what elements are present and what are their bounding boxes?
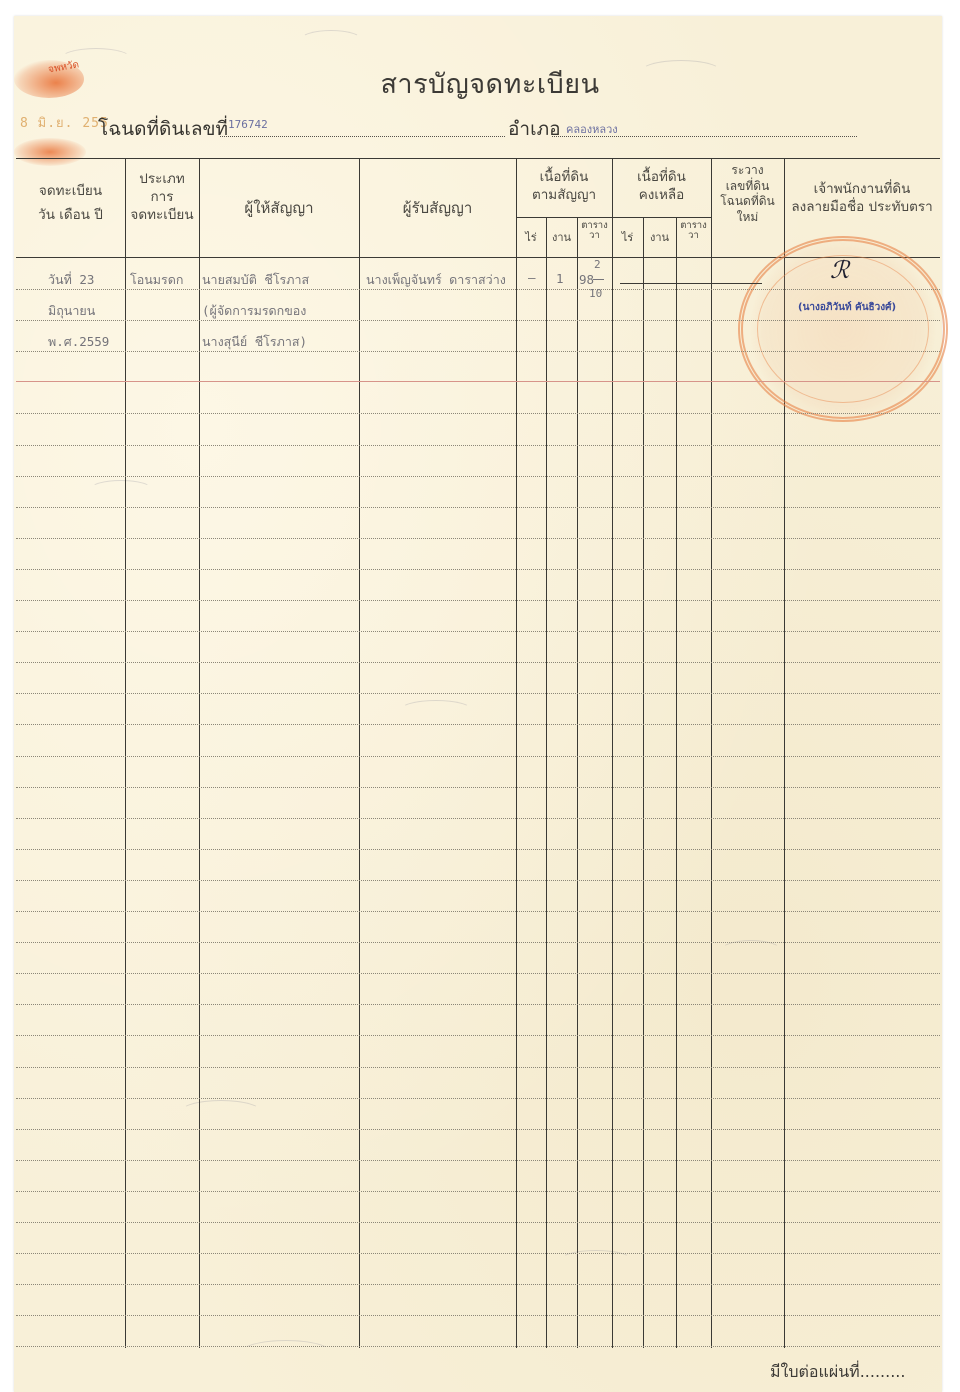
row-line <box>16 1346 940 1347</box>
entry-type: โอนมรดก <box>130 270 183 290</box>
col-divider <box>711 158 712 1348</box>
col-divider <box>125 158 126 1348</box>
stamp-mark-bottom <box>14 138 86 166</box>
row-line <box>16 693 940 694</box>
header-ngan-remaining: งาน <box>643 232 676 244</box>
header-type-line2: การ <box>125 188 199 206</box>
col-divider <box>612 158 613 1348</box>
paper-fiber <box>90 480 152 498</box>
header-sq-wa-remaining: ตาราง วา <box>676 221 711 242</box>
officer-name: (นางอภิวันท์ คันธิวงศ์) <box>798 300 896 315</box>
row-line <box>16 413 940 414</box>
header-area-contract-line1: เนื้อที่ดิน <box>516 168 612 186</box>
district-label: อำเภอ <box>508 114 561 144</box>
col-divider <box>643 217 644 1348</box>
header-area-remaining-line2: คงเหลือ <box>612 186 711 204</box>
row-line <box>16 1067 940 1068</box>
row-line <box>16 631 940 632</box>
header-area-remaining: เนื้อที่ดิน คงเหลือ <box>612 168 711 204</box>
deed-number-label: โฉนดที่ดินเลขที่ <box>98 114 228 144</box>
entry-ngan: 1 <box>556 271 564 286</box>
header-new-deed-line4: ใหม่ <box>711 210 784 226</box>
paper-fiber <box>400 700 472 720</box>
row-line <box>16 1253 940 1254</box>
header-date-line2: วัน เดือน ปี <box>16 206 125 224</box>
entry-separator-red-line <box>16 381 940 382</box>
header-grantee: ผู้รับสัญญา <box>359 198 516 218</box>
header-sq-wa: ตาราง วา <box>577 221 612 242</box>
row-line <box>16 569 940 570</box>
entry-grantor-line3: นางสุนีย์ ชีโรภาส) <box>202 332 307 352</box>
deed-number-dotted-line <box>220 136 505 137</box>
row-line <box>16 1222 940 1223</box>
paper-fiber <box>240 1340 332 1366</box>
header-rai-remaining: ไร่ <box>612 232 643 244</box>
col-divider <box>359 158 360 1348</box>
header-area-remaining-line1: เนื้อที่ดิน <box>612 168 711 186</box>
entry-sq-wa-frac-num: 2 <box>594 258 601 271</box>
row-line <box>16 1098 940 1099</box>
entry-grantor-line1: นายสมบัติ ชีโรภาส <box>202 270 309 290</box>
paper-fiber <box>300 30 362 50</box>
row-line <box>16 818 940 819</box>
row-line <box>16 1191 940 1192</box>
header-type: ประเภท การ จดทะเบียน <box>125 170 199 225</box>
table-top-border <box>16 158 940 159</box>
fraction-bar <box>593 279 604 280</box>
row-line <box>16 507 940 508</box>
col-divider <box>546 217 547 1348</box>
stamp-date: 8 มิ.ย. 255 <box>20 112 109 133</box>
row-line <box>16 445 940 446</box>
continuation-sheet-label: มีใบต่อแผ่นที่......... <box>770 1360 905 1385</box>
entry-date-year: พ.ศ.2559 <box>48 332 109 352</box>
header-type-line3: จดทะเบียน <box>125 206 199 224</box>
entry-rai: – <box>528 270 536 285</box>
header-officer: เจ้าพนักงานที่ดิน ลงลายมือชื่อ ประทับตรา <box>784 180 940 216</box>
col-divider <box>577 217 578 1348</box>
header-new-deed-line1: ระวาง <box>711 163 784 179</box>
entry-sq-wa-frac-den: 10 <box>589 287 602 300</box>
row-line <box>16 756 940 757</box>
header-type-line1: ประเภท <box>125 170 199 188</box>
row-line <box>16 476 940 477</box>
row-line <box>16 600 940 601</box>
entry-grantor-line2: (ผู้จัดการมรดกของ <box>202 301 306 321</box>
row-line <box>16 320 940 321</box>
deed-number-value: 176742 <box>228 118 268 131</box>
col-divider <box>676 217 677 1348</box>
entry-sq-wa-whole: 98 <box>579 272 594 287</box>
district-dotted-line <box>552 136 857 137</box>
entry-grantee: นางเพ็ญจันทร์ ดาราสว่าง <box>366 270 506 290</box>
row-line <box>16 662 940 663</box>
entry-date-month: มิถุนายน <box>48 301 95 321</box>
header-new-deed: ระวาง เลขที่ดิน โฉนดที่ดิน ใหม่ <box>711 163 784 225</box>
col-divider <box>516 158 517 1348</box>
row-line <box>16 1129 940 1130</box>
row-line <box>16 1284 940 1285</box>
entry-date-day: วันที่ 23 <box>48 270 94 290</box>
paper-fiber <box>720 940 782 962</box>
row-line <box>16 880 940 881</box>
header-new-deed-line2: เลขที่ดิน <box>711 179 784 195</box>
paper-fiber <box>640 60 722 84</box>
officer-signature: ℛ <box>830 256 849 284</box>
header-grantor: ผู้ให้สัญญา <box>199 198 359 218</box>
header-new-deed-line3: โฉนดที่ดิน <box>711 194 784 210</box>
row-line <box>16 1315 940 1316</box>
header-area-contract: เนื้อที่ดิน ตามสัญญา <box>516 168 612 204</box>
page-title: สารบัญจดทะเบียน <box>360 62 620 105</box>
paper-fiber <box>180 1100 262 1124</box>
header-date: จดทะเบียน วัน เดือน ปี <box>16 182 125 224</box>
header-rai: ไร่ <box>516 232 546 244</box>
row-line <box>16 351 940 352</box>
header-sq-wa-remaining-line2: วา <box>676 231 711 241</box>
header-officer-line1: เจ้าพนักงานที่ดิน <box>784 180 940 198</box>
header-ngan: งาน <box>546 232 577 244</box>
header-sq-wa-line2: วา <box>577 231 612 241</box>
row-line <box>16 724 940 725</box>
col-divider <box>199 158 200 1348</box>
row-line <box>16 911 940 912</box>
row-line <box>16 1004 940 1005</box>
row-line <box>16 538 940 539</box>
row-line <box>16 1160 940 1161</box>
row-line <box>16 849 940 850</box>
entry-remaining-dash <box>620 283 762 284</box>
row-line <box>16 787 940 788</box>
header-officer-line2: ลงลายมือชื่อ ประทับตรา <box>784 198 940 216</box>
row-line <box>16 1035 940 1036</box>
header-date-line1: จดทะเบียน <box>16 182 125 200</box>
row-line <box>16 973 940 974</box>
header-area-contract-line2: ตามสัญญา <box>516 186 612 204</box>
row-line <box>16 942 940 943</box>
